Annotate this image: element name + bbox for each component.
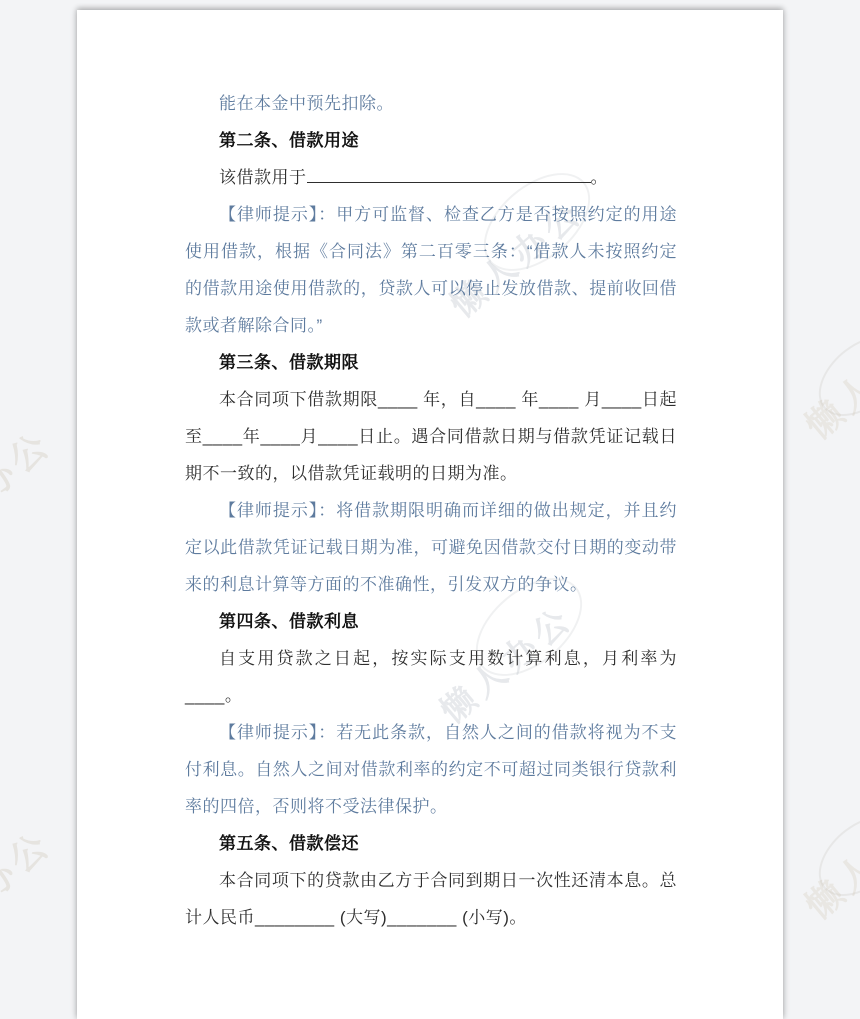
watermark-seal-ring-1 xyxy=(804,320,860,432)
clause-4-body: 自支用贷款之日起，按实际支用数计算利息，月利率为____。 xyxy=(185,640,677,714)
watermark-left-edge-1: 办公 xyxy=(0,418,61,510)
document-page: 懒人办公 懒人办公 能在本金中预先扣除。 第二条、借款用途 该借款用于。 【律师… xyxy=(77,10,783,1019)
blank-prefix-text: 该借款用于 xyxy=(219,168,307,187)
clause-3-body: 本合同项下借款期限____ 年，自____ 年____ 月____日起至____… xyxy=(185,381,677,492)
clause-5-body: 本合同项下的贷款由乙方于合同到期日一次性还清本息。总计人民币________ (… xyxy=(185,862,677,936)
document-content: 能在本金中预先扣除。 第二条、借款用途 该借款用于。 【律师提示】：甲方可监督、… xyxy=(77,10,677,936)
watermark-left-edge-2: 办公 xyxy=(0,818,61,910)
clause-2-body: 该借款用于。 xyxy=(185,159,677,196)
watermark-right-edge-2: 懒人 xyxy=(793,838,860,930)
tip-continuation-line: 能在本金中预先扣除。 xyxy=(185,85,677,122)
lawyer-tip-clause-3: 【律师提示】：将借款期限明确而详细的做出规定，并且约定以此借款凭证记载日期为准，… xyxy=(185,492,677,603)
clause-heading-4: 第四条、借款利息 xyxy=(185,603,677,640)
clause-heading-3: 第三条、借款期限 xyxy=(185,344,677,381)
watermark-right-edge-1: 懒人 xyxy=(793,358,860,450)
lawyer-tip-clause-2: 【律师提示】：甲方可监督、检查乙方是否按照约定的用途使用借款，根据《合同法》第二… xyxy=(185,196,677,344)
lawyer-tip-clause-4: 【律师提示】：若无此条款，自然人之间的借款将视为不支付利息。自然人之间对借款利率… xyxy=(185,714,677,825)
clause-heading-2: 第二条、借款用途 xyxy=(185,122,677,159)
fill-in-blank-line xyxy=(307,165,591,183)
blank-suffix-text: 。 xyxy=(591,168,609,187)
document-viewer: 办公 办公 懒人 懒人 懒人办公 懒人办公 能在本金中预先扣除。 第二条、借款用… xyxy=(0,0,860,1019)
watermark-seal-ring-2 xyxy=(804,800,860,912)
clause-heading-5: 第五条、借款偿还 xyxy=(185,825,677,862)
